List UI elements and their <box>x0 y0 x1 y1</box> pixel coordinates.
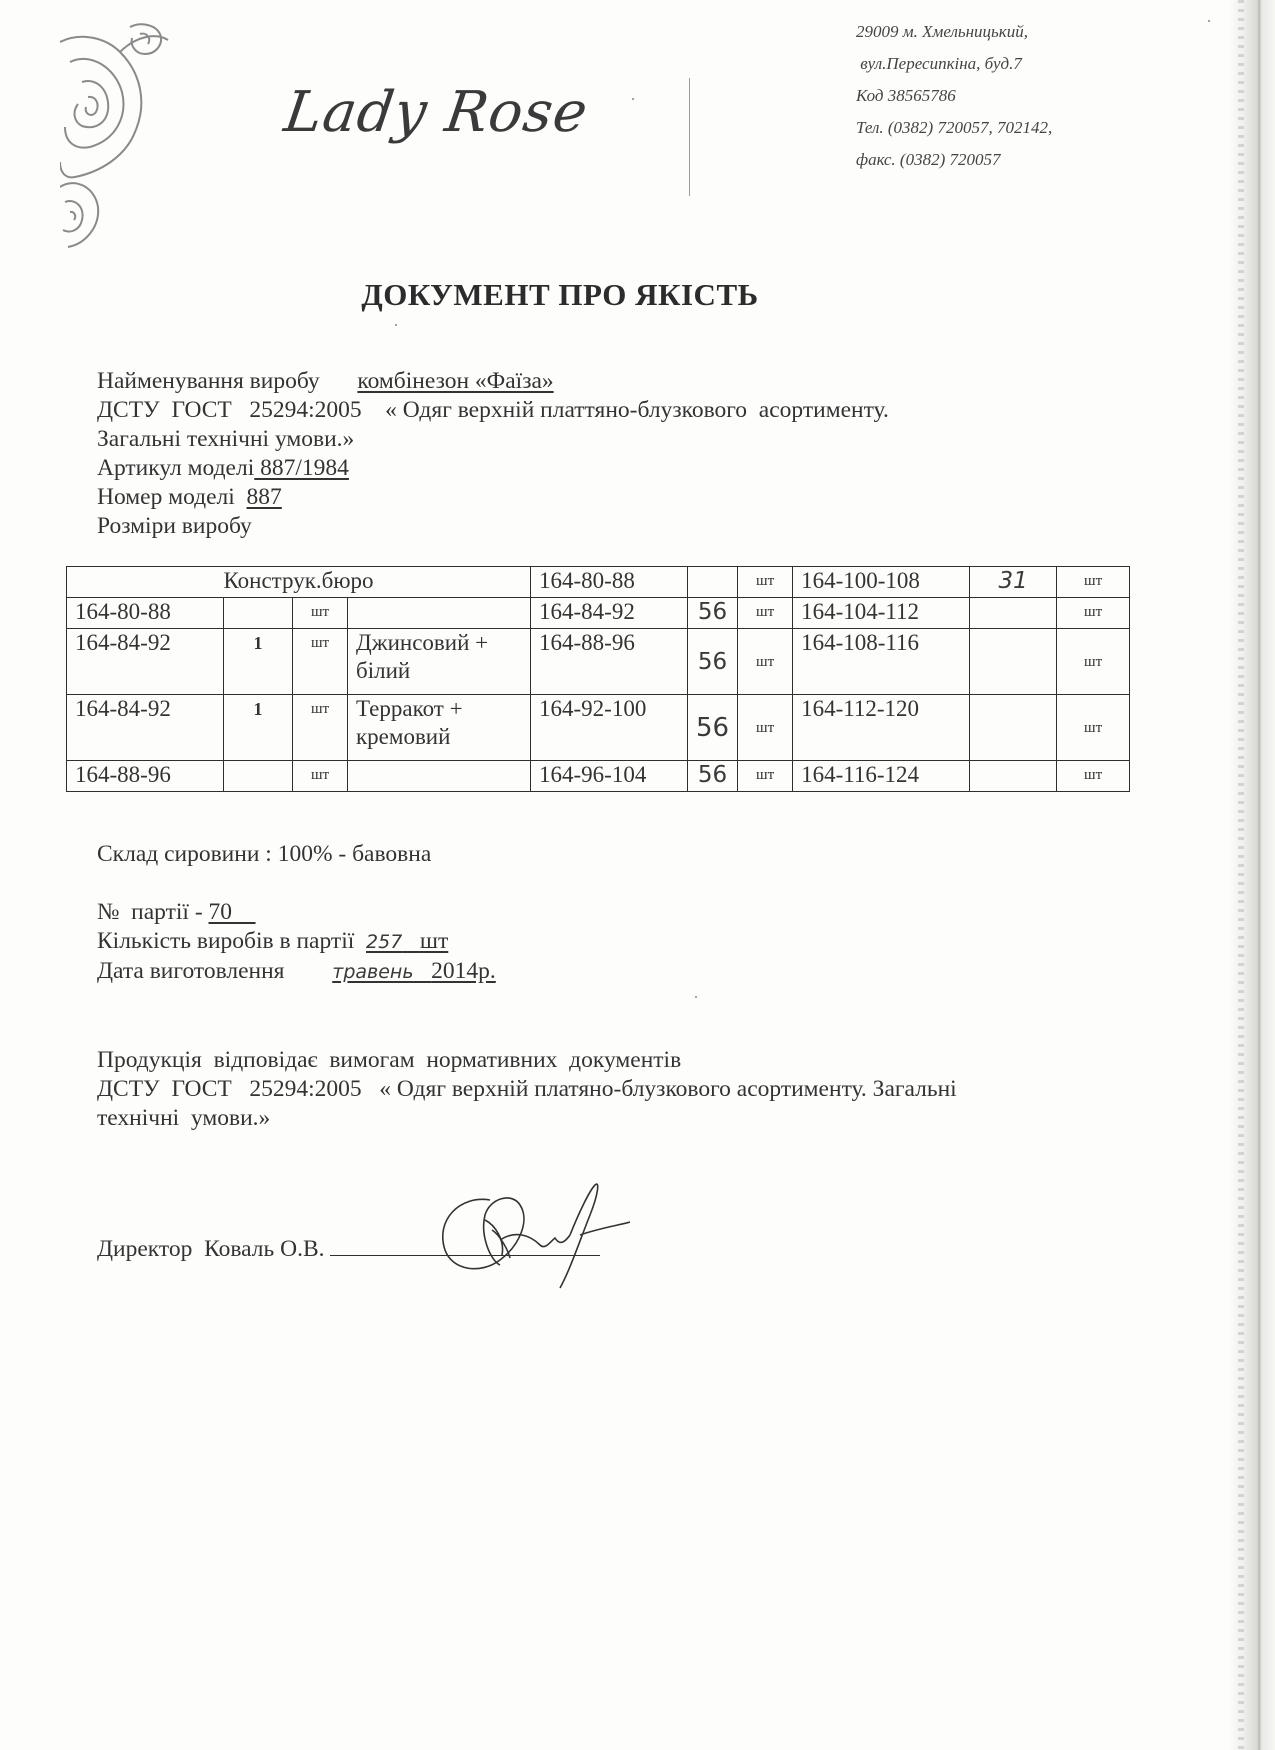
color-cell <box>348 761 531 792</box>
scan-speck <box>395 324 397 326</box>
unit-cell: шт <box>738 598 793 629</box>
design-bureau-header: Конструк.бюро <box>67 567 531 598</box>
article-value: 887/1984 <box>254 455 349 481</box>
article-label: Артикул моделі <box>97 455 254 481</box>
size-cell: 164-112-120 <box>793 695 970 761</box>
qty-cell: 1 <box>224 629 293 695</box>
qty-cell: 56 <box>688 695 738 761</box>
product-value: комбінезон «Фаїза» <box>357 368 553 394</box>
director-label: Директор Коваль О.В. <box>97 1236 325 1262</box>
size-cell: 164-104-112 <box>793 598 970 629</box>
product-label: Найменування виробу <box>97 368 320 394</box>
batch-value: 70 <box>209 899 256 925</box>
table-row: Конструк.бюро 164-80-88 шт 164-100-108 3… <box>67 567 1130 598</box>
conformity-statement: Продукція відповідає вимогам нормативних… <box>97 1046 957 1133</box>
unit-cell: шт <box>738 761 793 792</box>
count-number: 257 <box>366 931 402 953</box>
unit-cell: шт <box>293 598 348 629</box>
qty-cell <box>224 598 293 629</box>
unit-cell: шт <box>738 695 793 761</box>
scan-speck <box>1208 20 1210 22</box>
size-cell: 164-80-88 <box>531 567 688 598</box>
unit-cell: шт <box>1057 629 1130 695</box>
product-name-row: Найменування виробу комбінезон «Фаїза» <box>97 367 889 396</box>
table-row: 164-88-96 шт 164-96-104 56 шт 164-116-12… <box>67 761 1130 792</box>
size-cell: 164-84-92 <box>531 598 688 629</box>
conformity-line: технічні умови.» <box>97 1104 957 1133</box>
qty-cell: 31 <box>970 567 1057 598</box>
date-month: травень <box>332 961 413 983</box>
qty-cell: 1 <box>224 695 293 761</box>
qty-cell: 56 <box>688 629 738 695</box>
size-cell: 164-100-108 <box>793 567 970 598</box>
model-value: 887 <box>247 484 282 510</box>
size-cell: 164-116-124 <box>793 761 970 792</box>
unit-cell: шт <box>738 567 793 598</box>
header-divider <box>689 78 690 196</box>
standard-line-2: Загальні технічні умови.» <box>97 425 889 454</box>
standard-line: ДСТУ ГОСТ 25294:2005 « Одяг верхній плат… <box>97 396 889 425</box>
address-line: 29009 м. Хмельницький, <box>856 16 1052 48</box>
batch-number: 70 <box>209 899 233 925</box>
unit-cell: шт <box>1057 598 1130 629</box>
size-cell: 164-80-88 <box>67 598 224 629</box>
company-address: 29009 м. Хмельницький, вул.Пересипкіна, … <box>856 16 1052 176</box>
signature-icon <box>430 1180 630 1290</box>
product-info: Найменування виробу комбінезон «Фаїза» Д… <box>97 367 889 541</box>
sizes-table: Конструк.бюро 164-80-88 шт 164-100-108 3… <box>66 566 1130 792</box>
model-label: Номер моделі <box>97 484 241 510</box>
composition: Склад сировини : 100% - бавовна <box>97 840 496 869</box>
date-year: 2014р. <box>431 958 496 984</box>
scan-speck <box>632 98 634 100</box>
count-label: Кількість виробів в партії <box>97 928 360 954</box>
batch-label: № партії - <box>97 899 209 925</box>
date-value: травень 2014р. <box>332 958 496 984</box>
fax: факс. (0382) 720057 <box>856 144 1052 176</box>
size-cell: 164-84-92 <box>67 629 224 695</box>
brand-logo: Lady Rose <box>280 80 592 145</box>
scan-edge-texture <box>1238 0 1244 1750</box>
count-unit: шт <box>420 928 448 954</box>
conformity-line: Продукція відповідає вимогам нормативних… <box>97 1046 957 1075</box>
color-cell: Джинсовий + білий <box>348 629 531 695</box>
size-cell: 164-84-92 <box>67 695 224 761</box>
document-title: ДОКУМЕНТ ПРО ЯКІСТЬ <box>0 277 1120 313</box>
scan-speck <box>695 996 697 998</box>
company-code: Код 38565786 <box>856 80 1052 112</box>
qty-cell <box>970 761 1057 792</box>
unit-cell: шт <box>1057 761 1130 792</box>
unit-cell: шт <box>738 629 793 695</box>
date-label: Дата виготовлення <box>97 958 285 984</box>
size-cell: 164-88-96 <box>531 629 688 695</box>
unit-cell: шт <box>293 761 348 792</box>
count-row: Кількість виробів в партії 257 шт <box>97 927 496 957</box>
size-cell: 164-88-96 <box>67 761 224 792</box>
rose-ornament-icon <box>60 22 170 252</box>
unit-cell: шт <box>1057 695 1130 761</box>
article-row: Артикул моделі 887/1984 <box>97 454 889 483</box>
qty-cell <box>224 761 293 792</box>
scan-edge <box>1228 0 1275 1750</box>
size-cell: 164-96-104 <box>531 761 688 792</box>
qty-cell <box>970 629 1057 695</box>
color-cell: Терракот + кремовий <box>348 695 531 761</box>
date-row: Дата виготовлення травень 2014р. <box>97 957 496 987</box>
production-details: Склад сировини : 100% - бавовна № партії… <box>97 840 496 987</box>
model-row: Номер моделі 887 <box>97 483 889 512</box>
count-value: 257 шт <box>366 928 448 954</box>
phone: Тел. (0382) 720057, 702142, <box>856 112 1052 144</box>
qty-cell: 56 <box>688 598 738 629</box>
unit-cell: шт <box>293 695 348 761</box>
qty-cell <box>688 567 738 598</box>
batch-row: № партії - 70 <box>97 898 496 927</box>
sizes-label: Розміри виробу <box>97 512 889 541</box>
qty-cell <box>970 695 1057 761</box>
address-line: вул.Пересипкіна, буд.7 <box>856 48 1052 80</box>
size-cell: 164-108-116 <box>793 629 970 695</box>
conformity-line: ДСТУ ГОСТ 25294:2005 « Одяг верхній плат… <box>97 1075 957 1104</box>
size-cell: 164-92-100 <box>531 695 688 761</box>
qty-cell <box>970 598 1057 629</box>
color-cell <box>348 598 531 629</box>
unit-cell: шт <box>293 629 348 695</box>
table-row: 164-80-88 шт 164-84-92 56 шт 164-104-112… <box>67 598 1130 629</box>
qty-cell: 56 <box>688 761 738 792</box>
table-row: 164-84-92 1 шт Джинсовий + білий 164-88-… <box>67 629 1130 695</box>
table-row: 164-84-92 1 шт Терракот + кремовий 164-9… <box>67 695 1130 761</box>
unit-cell: шт <box>1057 567 1130 598</box>
